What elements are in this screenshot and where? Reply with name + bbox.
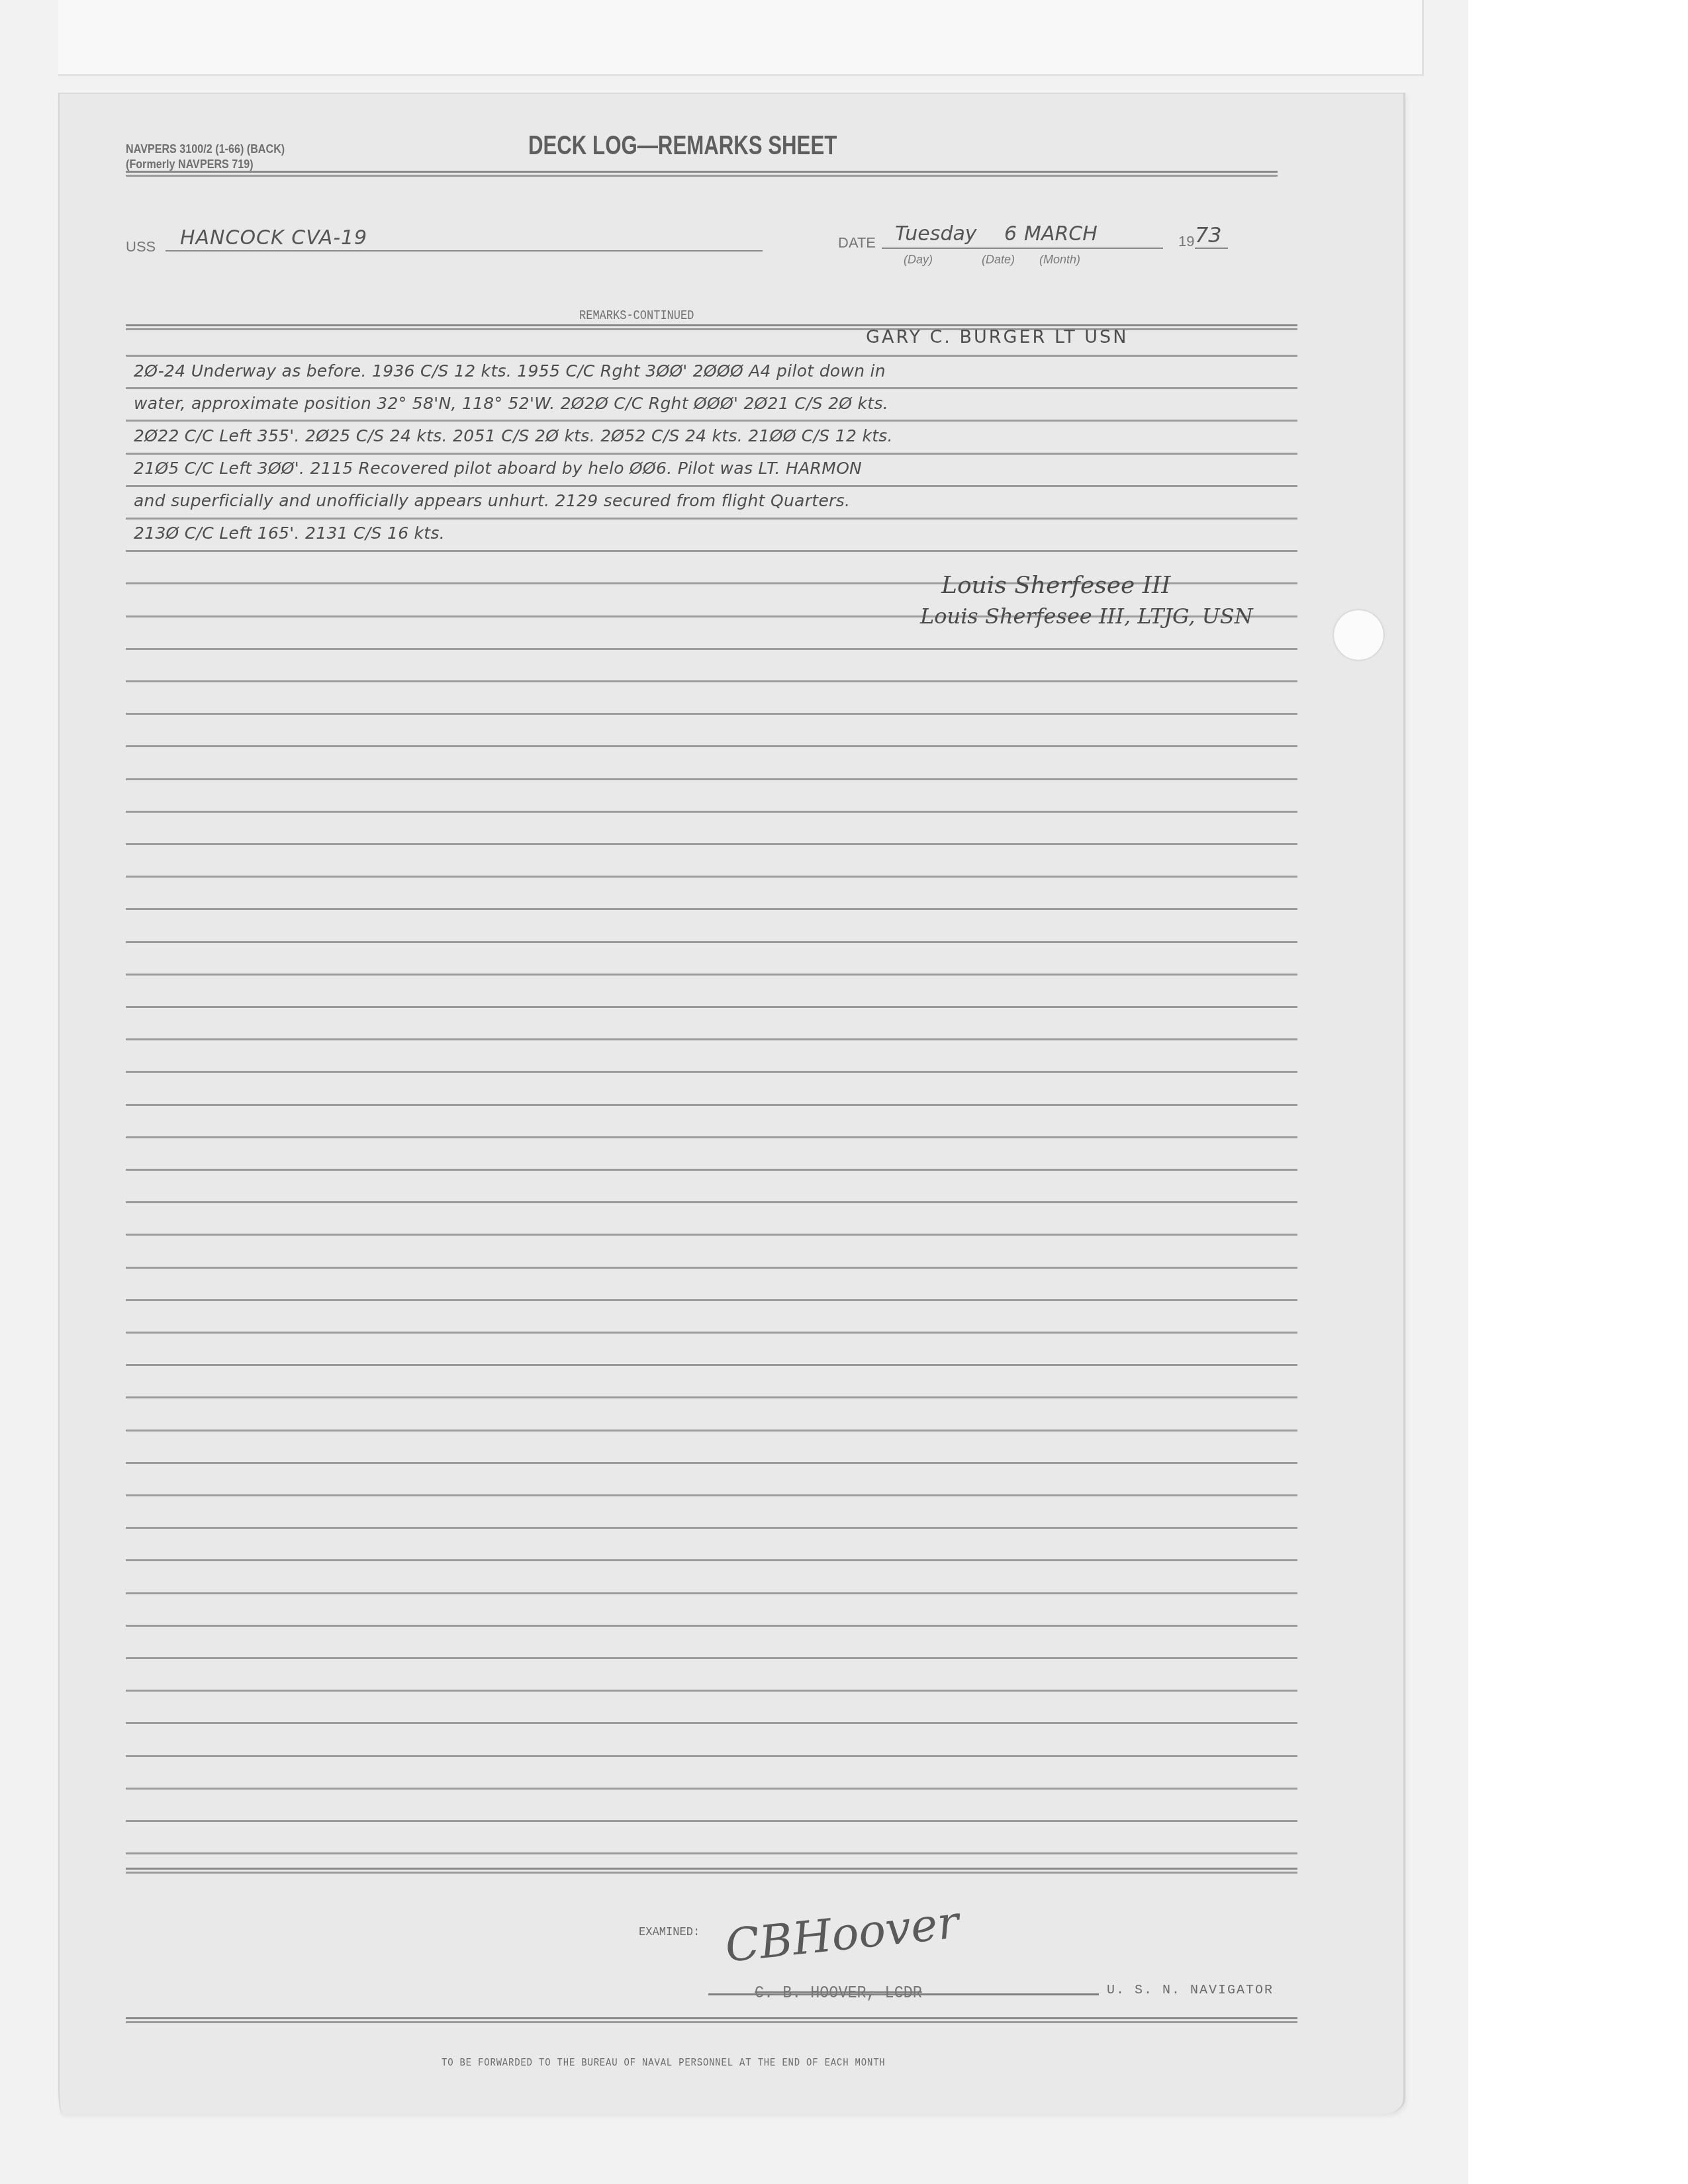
page-title: DECK LOG—REMARKS SHEET [528,131,837,161]
ruled-line [126,355,1297,357]
ruled-line [126,778,1297,780]
ruled-line [126,518,1297,520]
ruled-line [126,1462,1297,1464]
remarks-line: 2Ø-24 Underway as before. 1936 C/S 12 kt… [134,361,886,381]
footer-rule [126,2017,1297,2019]
ship-label: USS [126,238,156,255]
date-month-value: MARCH [1024,222,1098,246]
ruled-line [126,908,1297,910]
ruled-line [126,1657,1297,1659]
ruled-line [126,1299,1297,1301]
ruled-line [126,1038,1297,1040]
ruled-line [126,843,1297,845]
caption-month: (Month) [1039,253,1080,267]
ruled-line [126,1722,1297,1724]
navigator-signature: CBHoover [723,1896,962,1973]
ruled-line [126,1169,1297,1171]
ruled-line [126,941,1297,943]
ruled-line [126,485,1297,487]
underlying-sheet-edge [58,0,1424,76]
caption-date: (Date) [982,253,1015,267]
ruled-line [126,420,1297,422]
date-date-value: 6 [1004,222,1017,246]
examined-label: EXAMINED: [639,1925,700,1939]
header-rule [126,171,1278,173]
footer-note: TO BE FORWARDED TO THE BUREAU OF NAVAL P… [442,2057,886,2070]
ruled-line [126,1690,1297,1692]
officer-signature-printed: Louis Sherfesee III, LTJG, USN [920,604,1253,629]
ship-name-field: HANCOCK CVA-19 [165,226,763,251]
ruled-line [126,1592,1297,1594]
year-prefix: 19 [1178,233,1194,250]
ruled-line [126,1071,1297,1073]
form-code-line-1: NAVPERS 3100/2 (1-66) (BACK) [126,142,285,157]
ruled-line [126,974,1297,976]
remarks-line: 21Ø5 C/C Left 3ØØ'. 2115 Recovered pilot… [134,459,862,478]
year-field: 73 [1195,222,1228,249]
ruled-line [126,1234,1297,1236]
remarks-line: water, approximate position 32° 58'N, 11… [134,394,888,413]
remarks-line: 2Ø22 C/C Left 355'. 2Ø25 C/S 24 kts. 205… [134,426,893,445]
ruled-line [126,1430,1297,1432]
ruled-line [126,1820,1297,1822]
ruled-line [126,1755,1297,1757]
officer-signature: Louis Sherfesee III [941,572,1170,599]
date-day-value: Tuesday [895,222,977,246]
date-label: DATE [838,234,876,251]
remarks-heading: REMARKS-CONTINUED [579,308,694,324]
ruled-line [126,1559,1297,1561]
ruled-line [126,550,1297,552]
navigator-title: U. S. N. NAVIGATOR [1107,1983,1274,1998]
ruled-line [126,745,1297,747]
remarks-line: 213Ø C/C Left 165'. 2131 C/S 16 kts. [134,523,445,543]
navigator-typed-name: C. B. HOOVER, LCDR [755,1983,922,2003]
ruled-line [126,1136,1297,1138]
deck-log-remarks-sheet: NAVPERS 3100/2 (1-66) (BACK) (Formerly N… [58,93,1405,2114]
ruled-line [126,1494,1297,1496]
ruled-line [126,1332,1297,1334]
ruled-line [126,1364,1297,1366]
ruled-line [126,1006,1297,1008]
ruled-line [126,1625,1297,1627]
form-code-line-2: (Formerly NAVPERS 719) [126,157,285,172]
ruled-line [126,680,1297,682]
ruled-line [126,1527,1297,1529]
ruled-line [126,1104,1297,1106]
ruled-line [126,1788,1297,1790]
ruled-line [126,713,1297,715]
watch-officer-name: GARY C. BURGER LT USN [866,327,1128,347]
remarks-heading-rule [126,324,1297,326]
caption-day: (Day) [904,253,933,267]
remarks-bottom-rule [126,1868,1297,1870]
ruled-line [126,453,1297,455]
date-field: Tuesday 6 MARCH [882,222,1163,249]
form-code: NAVPERS 3100/2 (1-66) (BACK) (Formerly N… [126,142,285,172]
ruled-line [126,876,1297,878]
ruled-line [126,1267,1297,1269]
ruled-line [126,1852,1297,1854]
remarks-line: and superficially and unofficially appea… [134,491,850,510]
hole-punch [1334,610,1383,660]
ruled-line [126,648,1297,650]
ruled-line [126,1201,1297,1203]
ruled-line [126,811,1297,813]
ruled-line [126,1396,1297,1398]
ruled-line [126,387,1297,389]
